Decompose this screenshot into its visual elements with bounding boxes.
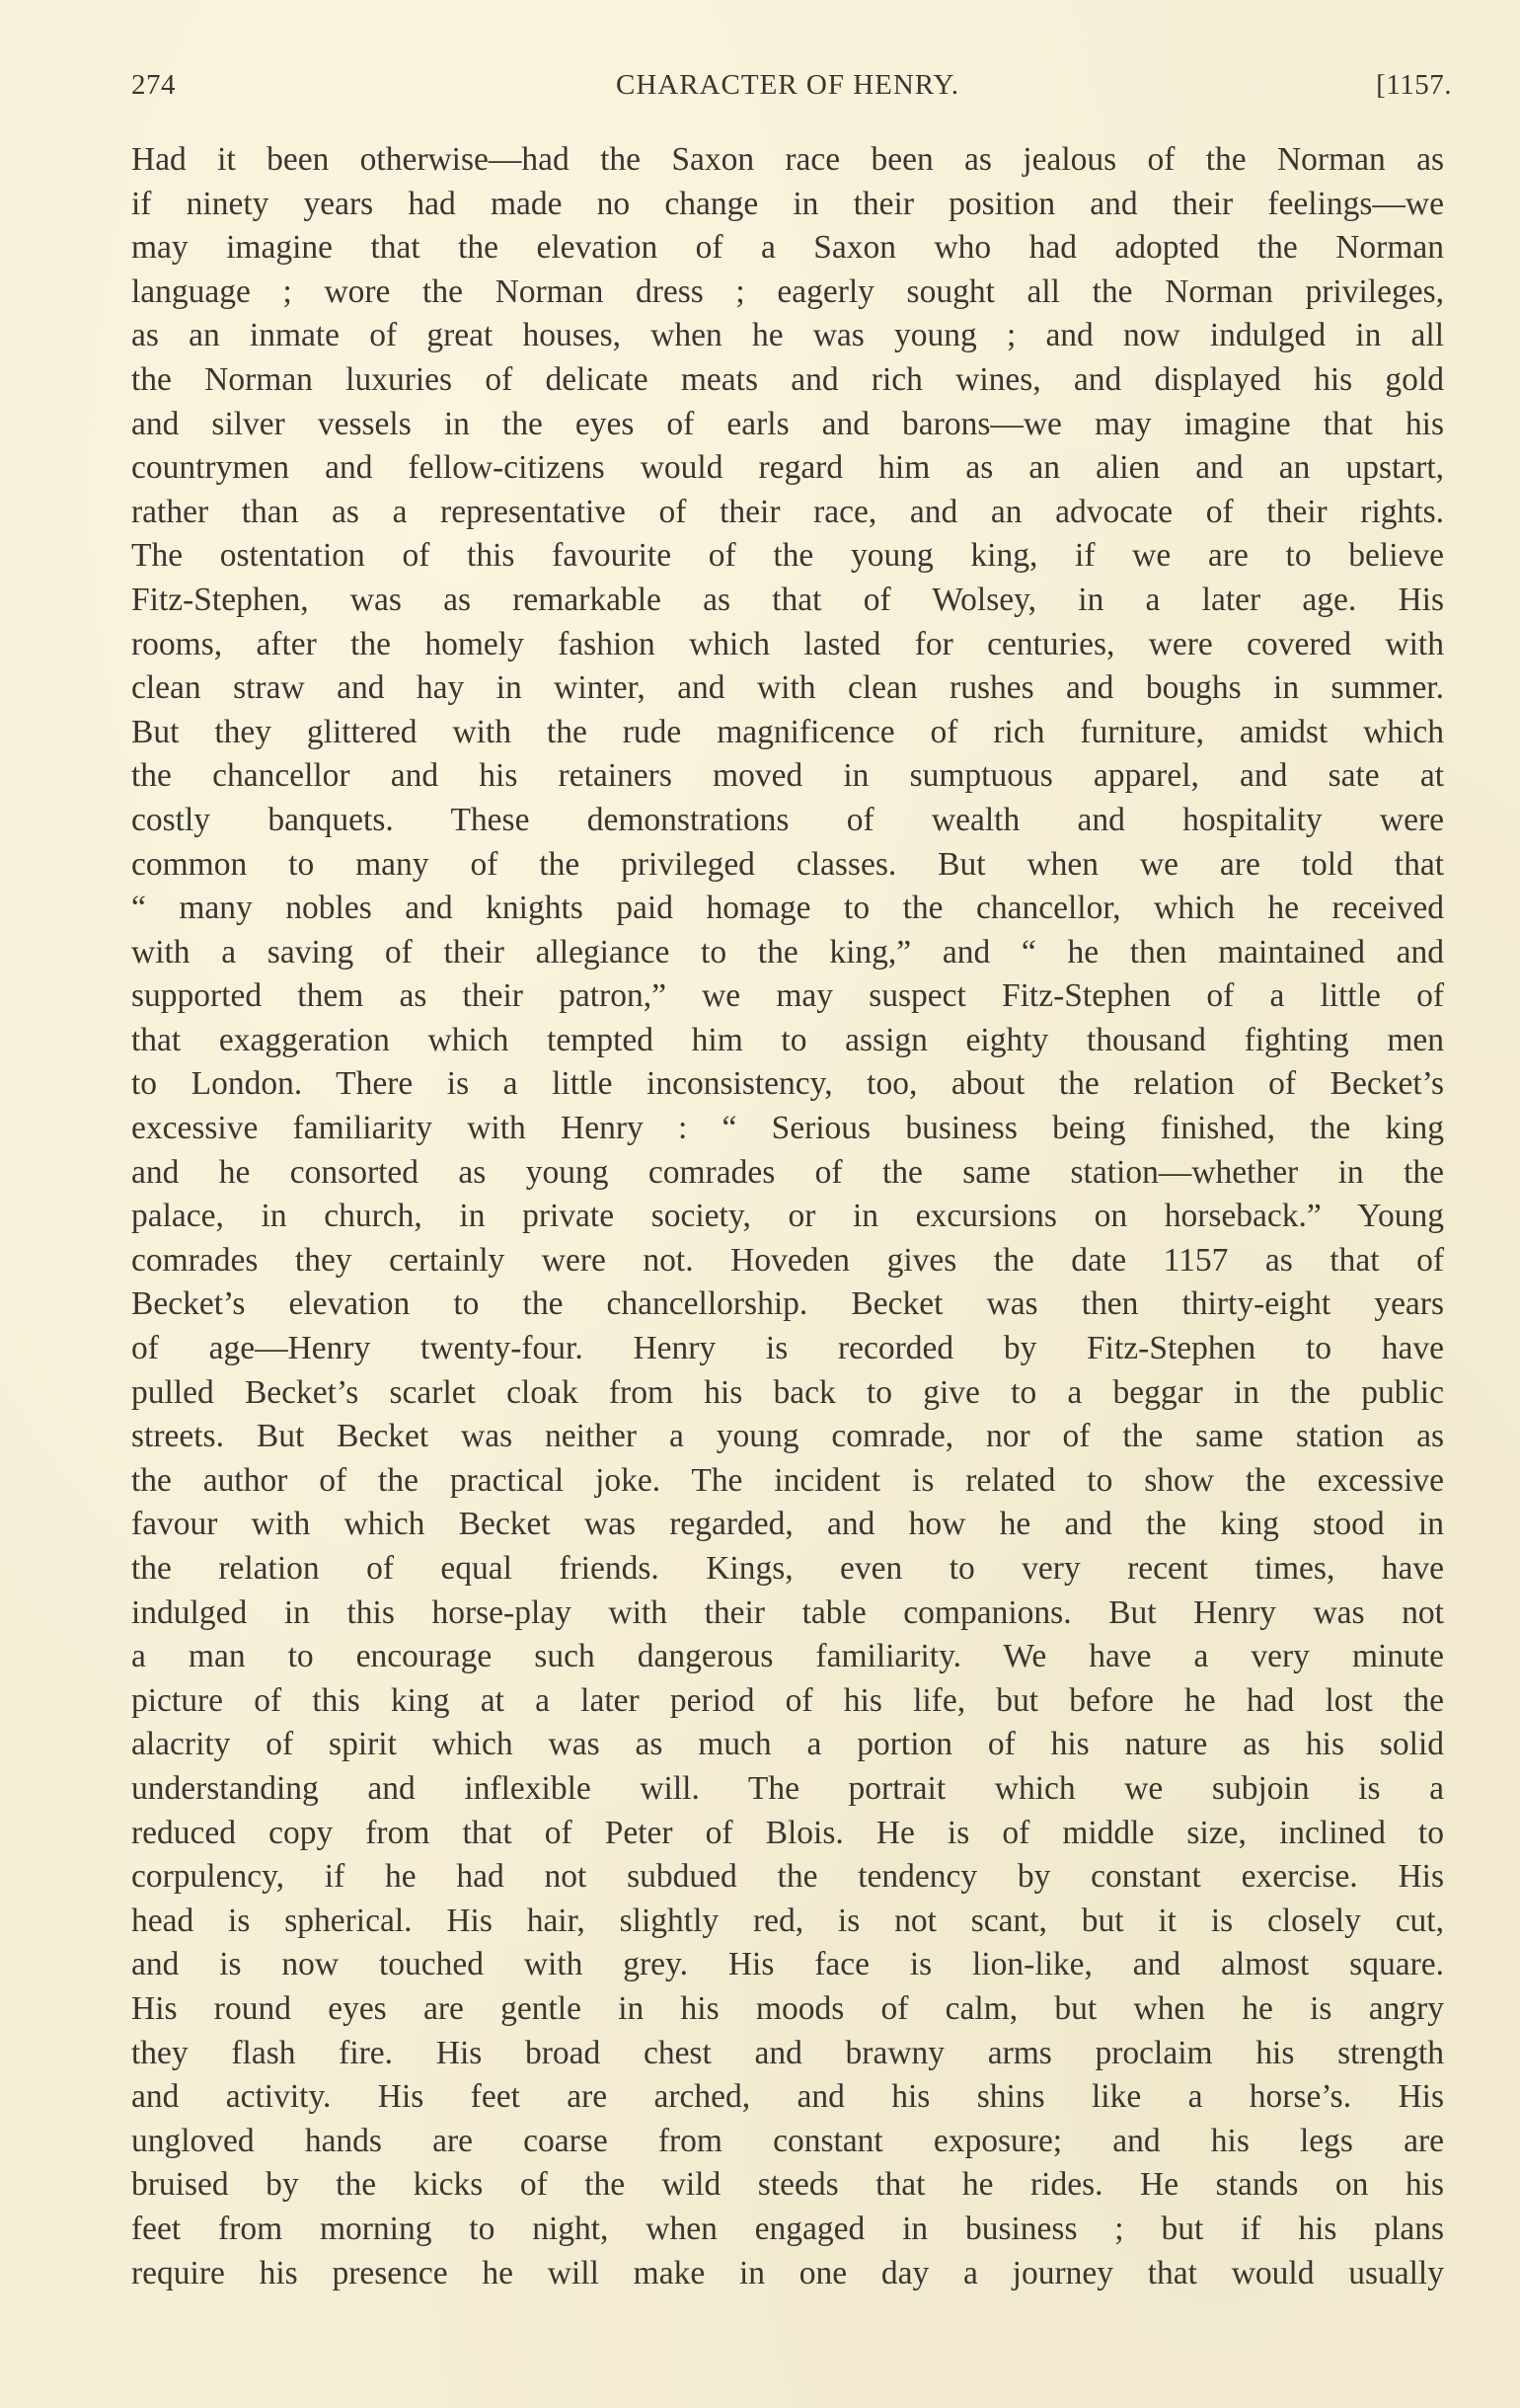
text-line: a man to encourage such dangerous famili… [131, 1635, 1444, 1679]
text-line: costly banquets. These demonstrations of… [131, 799, 1444, 843]
text-line: rooms, after the homely fashion which la… [131, 623, 1444, 667]
body-text: Had it been otherwise—had the Saxon race… [131, 138, 1444, 2295]
text-line: indulged in this horse-play with their t… [131, 1592, 1444, 1636]
text-line: head is spherical. His hair, slightly re… [131, 1900, 1444, 1944]
text-line: comrades they certainly were not. Hovede… [131, 1239, 1444, 1283]
text-line: alacrity of spirit which was as much a p… [131, 1723, 1444, 1767]
text-line: palace, in church, in private society, o… [131, 1195, 1444, 1239]
text-line: corpulency, if he had not subdued the te… [131, 1855, 1444, 1900]
text-line: as an inmate of great houses, when he wa… [131, 314, 1444, 358]
text-line: and activity. His feet are arched, and h… [131, 2075, 1444, 2120]
text-line: rather than as a representative of their… [131, 491, 1444, 535]
text-line: excessive familiarity with Henry : “ Ser… [131, 1107, 1444, 1151]
text-line: His round eyes are gentle in his moods o… [131, 1987, 1444, 2032]
text-line: Becket’s elevation to the chancellorship… [131, 1282, 1444, 1327]
text-line: Had it been otherwise—had the Saxon race… [131, 138, 1444, 183]
text-line: the author of the practical joke. The in… [131, 1459, 1444, 1504]
text-line: The ostentation of this favourite of the… [131, 534, 1444, 579]
text-line: language ; wore the Norman dress ; eager… [131, 271, 1444, 315]
text-line: streets. But Becket was neither a young … [131, 1415, 1444, 1459]
text-line: ungloved hands are coarse from constant … [131, 2120, 1444, 2164]
text-line: reduced copy from that of Peter of Blois… [131, 1812, 1444, 1856]
text-line: they flash fire. His broad chest and bra… [131, 2032, 1444, 2076]
text-line: of age—Henry twenty-four. Henry is recor… [131, 1327, 1444, 1371]
text-line: and is now touched with grey. His face i… [131, 1943, 1444, 1987]
text-line: to London. There is a little inconsisten… [131, 1062, 1444, 1107]
text-line: understanding and inflexible will. The p… [131, 1767, 1444, 1812]
text-line: clean straw and hay in winter, and with … [131, 666, 1444, 711]
text-line: and silver vessels in the eyes of earls … [131, 403, 1444, 447]
text-line: pulled Becket’s scarlet cloak from his b… [131, 1371, 1444, 1416]
book-page: 274 CHARACTER OF HENRY. [1157. Had it be… [131, 0, 1444, 2408]
text-line: But they glittered with the rude magnifi… [131, 711, 1444, 755]
text-line: Fitz-Stephen, was as remarkable as that … [131, 579, 1444, 623]
text-line: bruised by the kicks of the wild steeds … [131, 2163, 1444, 2208]
text-line: “ many nobles and knights paid homage to… [131, 887, 1444, 931]
text-line: the chancellor and his retainers moved i… [131, 754, 1444, 799]
text-line: common to many of the privileged classes… [131, 843, 1444, 888]
text-line: and he consorted as young comrades of th… [131, 1151, 1444, 1196]
year-marker: [1157. [1376, 69, 1452, 102]
text-line: that exaggeration which tempted him to a… [131, 1019, 1444, 1063]
text-line: picture of this king at a later period o… [131, 1679, 1444, 1724]
text-line: favour with which Becket was regarded, a… [131, 1503, 1444, 1547]
text-line: require his presence he will make in one… [131, 2252, 1444, 2296]
text-line: countrymen and fellow-citizens would reg… [131, 446, 1444, 491]
chapter-title: CHARACTER OF HENRY. [131, 69, 1444, 102]
text-line: the relation of equal friends. Kings, ev… [131, 1547, 1444, 1592]
text-line: the Norman luxuries of delicate meats an… [131, 358, 1444, 403]
text-line: feet from morning to night, when engaged… [131, 2208, 1444, 2252]
text-line: with a saving of their allegiance to the… [131, 931, 1444, 975]
text-line: supported them as their patron,” we may … [131, 974, 1444, 1019]
running-head: 274 CHARACTER OF HENRY. [1157. [131, 69, 1444, 113]
text-line: if ninety years had made no change in th… [131, 183, 1444, 227]
text-line: may imagine that the elevation of a Saxo… [131, 226, 1444, 271]
